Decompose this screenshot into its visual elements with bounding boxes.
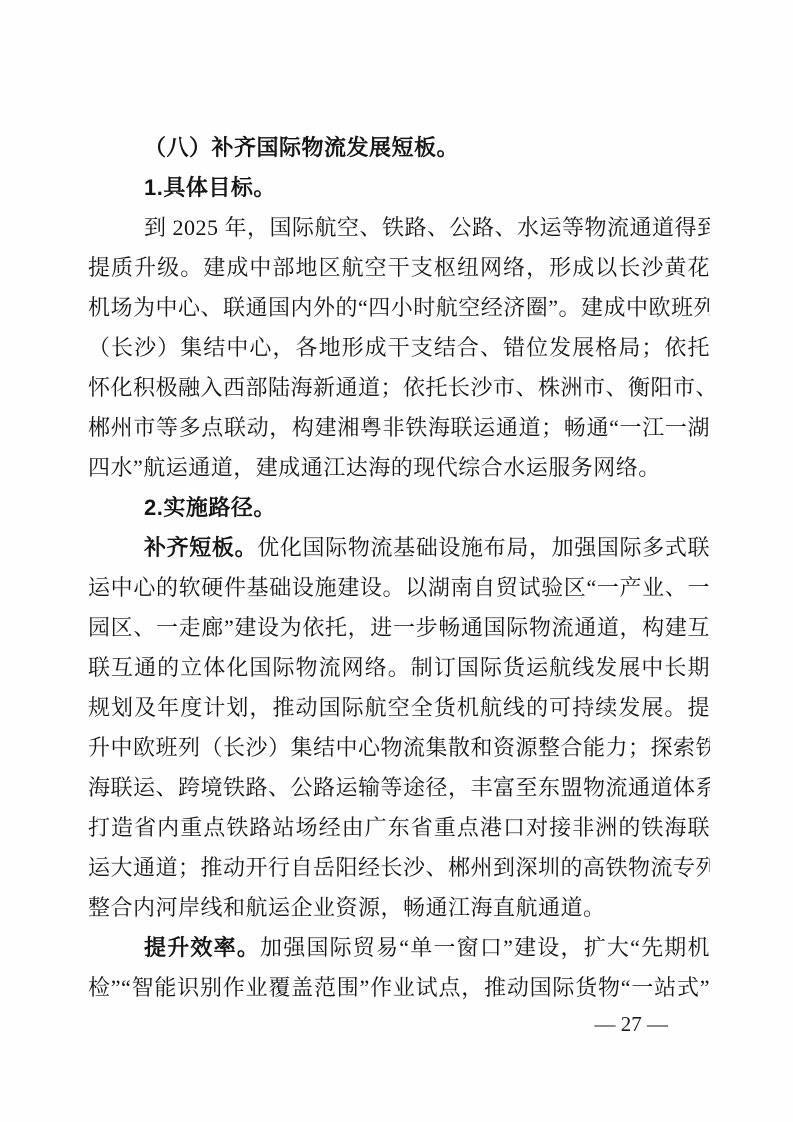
page-number: — 27 — (88, 1008, 668, 1040)
paragraph-lead-bold: 补齐短板。 (144, 535, 257, 560)
text-line: 检”“智能识别作业覆盖范围”作业试点，推动国际货物“一站式” (88, 968, 710, 1008)
text-line: 机场为中心、联通国内外的“四小时航空经济圈”。建成中欧班列 (88, 288, 710, 328)
text-line: 郴州市等多点联动，构建湘粤非铁海联运通道；畅通“一江一湖 (88, 408, 710, 448)
text-line: 园区、一走廊”建设为依托，进一步畅通国际物流通道，构建互 (88, 608, 710, 648)
document-page: （八）补齐国际物流发展短板。 1.具体目标。 到 2025 年，国际航空、铁路、… (0, 0, 793, 1122)
text-line: 运大通道；推动开行自岳阳经长沙、郴州到深圳的高铁物流专列。 (88, 848, 710, 888)
text-line: 整合内河岸线和航运企业资源，畅通江海直航通道。 (88, 888, 710, 928)
text-segment: 加强国际贸易“单一窗口”建设，扩大“先期机 (260, 935, 710, 960)
text-line: （长沙）集结中心，各地形成干支结合、错位发展格局；依托 (88, 328, 710, 368)
document-body: （八）补齐国际物流发展短板。 1.具体目标。 到 2025 年，国际航空、铁路、… (88, 128, 710, 1008)
text-line: 运中心的软硬件基础设施建设。以湖南自贸试验区“一产业、一 (88, 568, 710, 608)
text-line: 联互通的立体化国际物流网络。制订国际货运航线发展中长期 (88, 648, 710, 688)
subsection-heading-implementation: 2.实施路径。 (88, 488, 710, 528)
section-heading: （八）补齐国际物流发展短板。 (88, 128, 710, 168)
paragraph-lead-bold: 提升效率。 (144, 935, 260, 960)
text-line: 升中欧班列（长沙）集结中心物流集散和资源整合能力；探索铁 (88, 728, 710, 768)
subsection-heading-goals: 1.具体目标。 (88, 168, 710, 208)
text-line: 规划及年度计划，推动国际航空全货机航线的可持续发展。提 (88, 688, 710, 728)
text-line: 提质升级。建成中部地区航空干支枢纽网络，形成以长沙黄花 (88, 248, 710, 288)
text-line: 打造省内重点铁路站场经由广东省重点港口对接非洲的铁海联 (88, 808, 710, 848)
text-line: 补齐短板。优化国际物流基础设施布局，加强国际多式联 (88, 528, 710, 568)
text-line: 四水”航运通道，建成通江达海的现代综合水运服务网络。 (88, 448, 710, 488)
text-line: 到 2025 年，国际航空、铁路、公路、水运等物流通道得到 (88, 208, 710, 248)
text-line: 海联运、跨境铁路、公路运输等途径，丰富至东盟物流通道体系； (88, 768, 710, 808)
text-line: 提升效率。加强国际贸易“单一窗口”建设，扩大“先期机 (88, 928, 710, 968)
text-segment: 优化国际物流基础设施布局，加强国际多式联 (257, 535, 710, 560)
text-line: 怀化积极融入西部陆海新通道；依托长沙市、株洲市、衡阳市、 (88, 368, 710, 408)
